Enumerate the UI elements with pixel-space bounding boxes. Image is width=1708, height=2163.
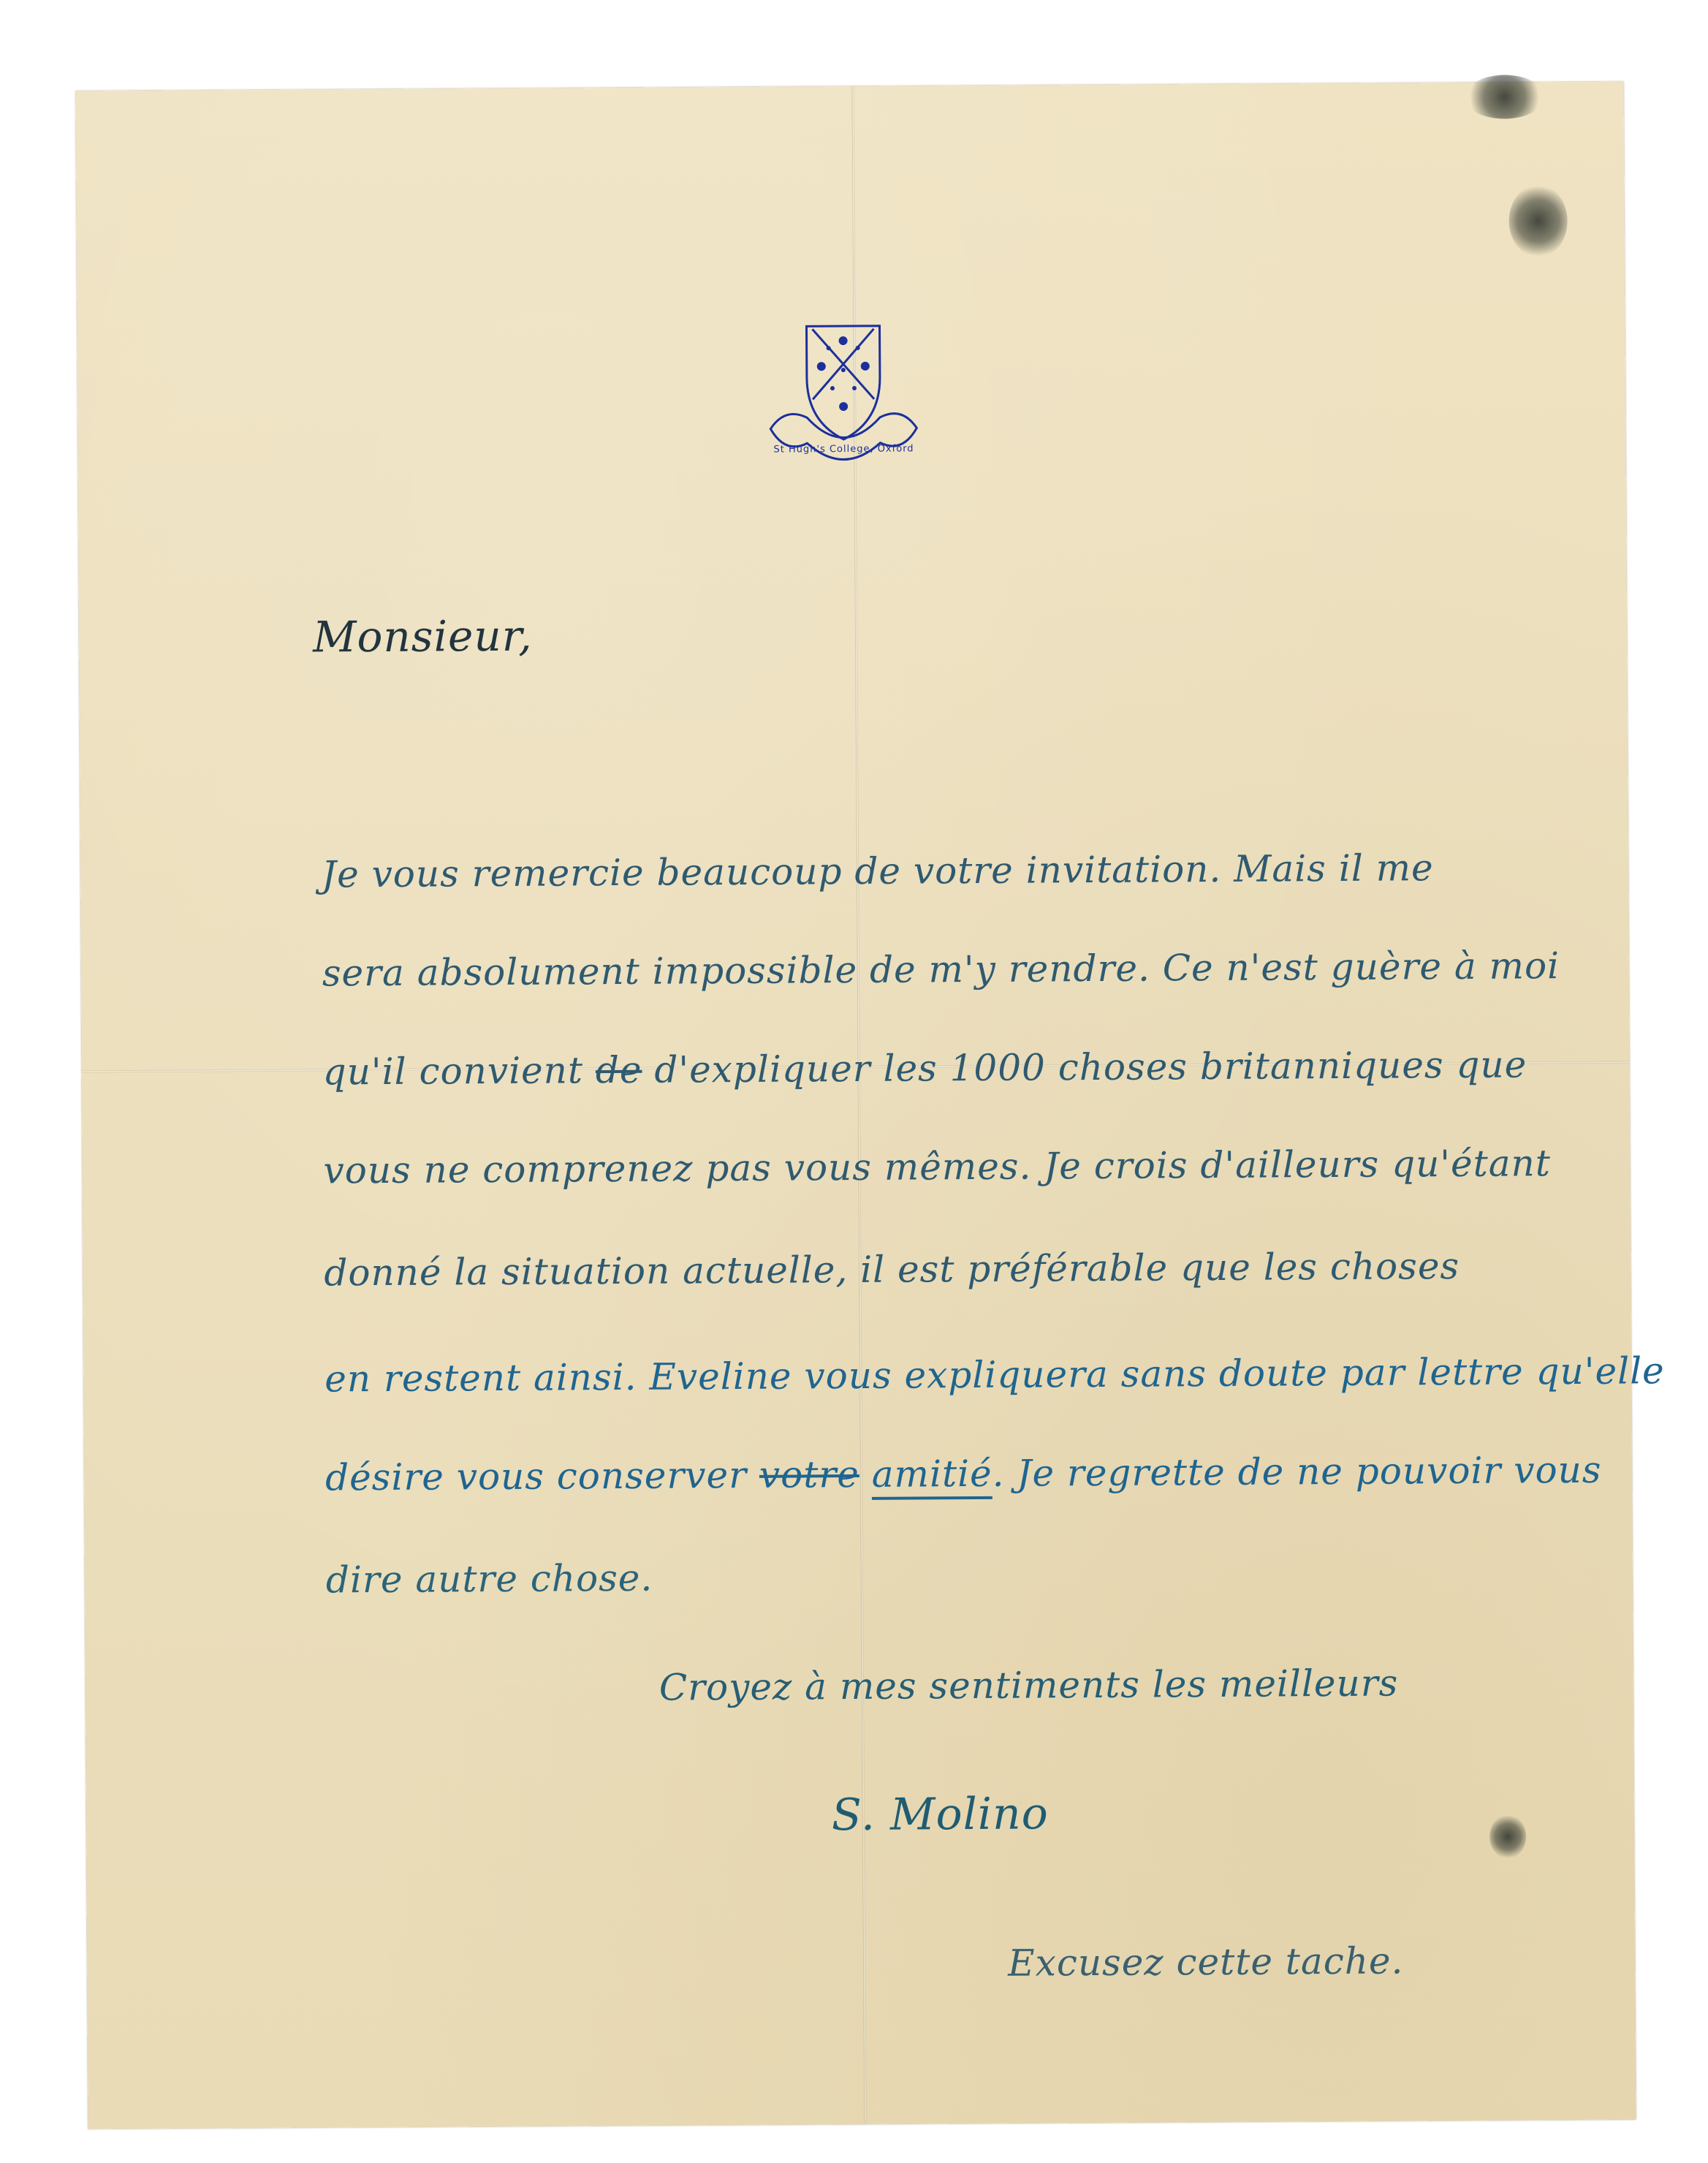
- signature: S. Molino: [832, 1788, 1049, 1841]
- line-text: dire autre chose.: [326, 1557, 653, 1602]
- struck-word: votre: [759, 1453, 859, 1496]
- letter-line-8: dire autre chose.: [326, 1557, 653, 1602]
- letter-line-1: Je vous remercie beaucoup de votre invit…: [322, 846, 1434, 895]
- crest-motto: St Hugh's College, Oxford: [773, 443, 914, 455]
- line-text: . Je regrette de ne pouvoir vous: [992, 1449, 1601, 1495]
- line-text: sera absolument impossible de m'y rendre…: [322, 944, 1560, 994]
- postscript: Excusez cette tache.: [1008, 1939, 1404, 1984]
- line-text: donné la situation actuelle, il est préf…: [324, 1245, 1460, 1294]
- struck-word: de: [596, 1049, 642, 1091]
- letter-line-5: donné la situation actuelle, il est préf…: [324, 1245, 1460, 1294]
- letter-line-6: en restent ainsi. Eveline vous expliquer…: [324, 1349, 1665, 1400]
- crest-shield-icon: St Hugh's College, Oxford: [755, 318, 931, 480]
- college-crest: St Hugh's College, Oxford: [755, 318, 931, 480]
- line-text: vous ne comprenez pas vous mêmes. Je cro…: [323, 1142, 1551, 1192]
- letter-paper: St Hugh's College, Oxford Monsieur, Je v…: [76, 82, 1636, 2129]
- ink-stain-right-edge: [1508, 184, 1568, 257]
- salutation: Monsieur,: [313, 611, 533, 662]
- line-text: [859, 1453, 872, 1496]
- line-text: Je vous remercie beaucoup de votre invit…: [322, 846, 1434, 895]
- line-text: en restent ainsi. Eveline vous expliquer…: [324, 1349, 1665, 1400]
- letter-line-7: désire vous conserver votre amitié. Je r…: [325, 1449, 1602, 1499]
- letter-line-3: qu'il convient de d'expliquer les 1000 c…: [323, 1043, 1527, 1093]
- letter-line-4: vous ne comprenez pas vous mêmes. Je cro…: [323, 1142, 1551, 1192]
- underlined-word: amitié: [872, 1452, 992, 1496]
- ink-stain-top-right: [1464, 75, 1544, 119]
- line-text: qu'il convient: [323, 1049, 596, 1093]
- letter-line-2: sera absolument impossible de m'y rendre…: [322, 944, 1560, 994]
- ink-stain-lower-right: [1489, 1814, 1526, 1858]
- line-text: d'expliquer les 1000 choses britanniques…: [642, 1043, 1527, 1091]
- line-text: désire vous conserver: [325, 1454, 759, 1499]
- closing: Croyez à mes sentiments les meilleurs: [659, 1662, 1399, 1708]
